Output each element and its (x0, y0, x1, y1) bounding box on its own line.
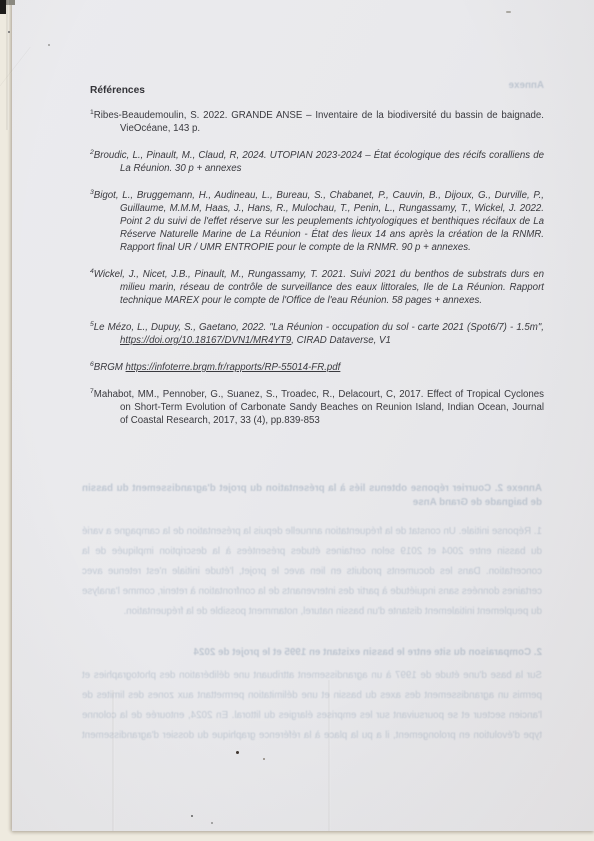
dirt-speck (506, 11, 511, 13)
references-heading: Références (90, 84, 544, 97)
bleedthrough-section-line: 2. Comparaison du site entre le bassin e… (82, 646, 542, 660)
reference-text: Ribes-Beaudemoulin, S. 2022. GRANDE ANSE… (94, 110, 544, 134)
dirt-speck (48, 44, 50, 46)
dirt-speck (236, 751, 239, 754)
reference-text: Mahabot, MM., Pennober, G., Suanez, S., … (94, 389, 544, 426)
dirt-speck (191, 815, 193, 817)
reference-text: Broudic, L., Pinault, M., Claud, R, 2024… (94, 150, 544, 174)
reference-text: , CIRAD Dataverse, V1 (291, 335, 391, 346)
references-section: Références 1Ribes-Beaudemoulin, S. 2022.… (90, 84, 544, 441)
bleedthrough-paragraph-2: Sur la base d'une étude de 1997 à un agr… (82, 666, 542, 748)
reference-text: BRGM (94, 362, 126, 373)
reference-url: https://doi.org/10.18167/DVN1/MR4YT9 (120, 335, 291, 346)
reference-text: Le Mézo, L., Dupuy, S., Gaetano, 2022. "… (94, 322, 544, 333)
scanned-document-photo: Annexe 2. Courrier réponse obtenus liés … (0, 0, 594, 841)
reference-item: 6BRGM https://infoterre.brgm.fr/rapports… (90, 361, 544, 374)
reference-text: Wickel, J., Nicet, J.B., Pinault, M., Ru… (94, 269, 544, 306)
bleedthrough-paragraph-1: 1. Réponse initiale. Un constat de la fr… (82, 522, 542, 644)
paper-crease (112, 690, 115, 831)
bleedthrough-annex-caption: Annexe 2. Courrier réponse obtenus liés … (82, 482, 542, 510)
dirt-speck (8, 31, 10, 33)
reference-text: Bigot, L., Bruggemann, H., Audineau, L.,… (94, 190, 544, 253)
paper-page: Annexe 2. Courrier réponse obtenus liés … (12, 0, 594, 831)
dirt-speck (211, 822, 213, 824)
paper-crease (328, 680, 331, 831)
reference-item: 4Wickel, J., Nicet, J.B., Pinault, M., R… (90, 268, 544, 307)
reference-item: 3Bigot, L., Bruggemann, H., Audineau, L.… (90, 189, 544, 254)
reference-item: 7Mahabot, MM., Pennober, G., Suanez, S.,… (90, 388, 544, 427)
reference-url: https://infoterre.brgm.fr/rapports/RP-55… (126, 362, 341, 373)
dirt-speck (263, 758, 265, 760)
page-edge-crease (6, 0, 9, 130)
reference-item: 1Ribes-Beaudemoulin, S. 2022. GRANDE ANS… (90, 109, 544, 135)
reference-item: 2Broudic, L., Pinault, M., Claud, R, 202… (90, 149, 544, 175)
reference-item: 5Le Mézo, L., Dupuy, S., Gaetano, 2022. … (90, 321, 544, 347)
references-list: 1Ribes-Beaudemoulin, S. 2022. GRANDE ANS… (90, 109, 544, 427)
